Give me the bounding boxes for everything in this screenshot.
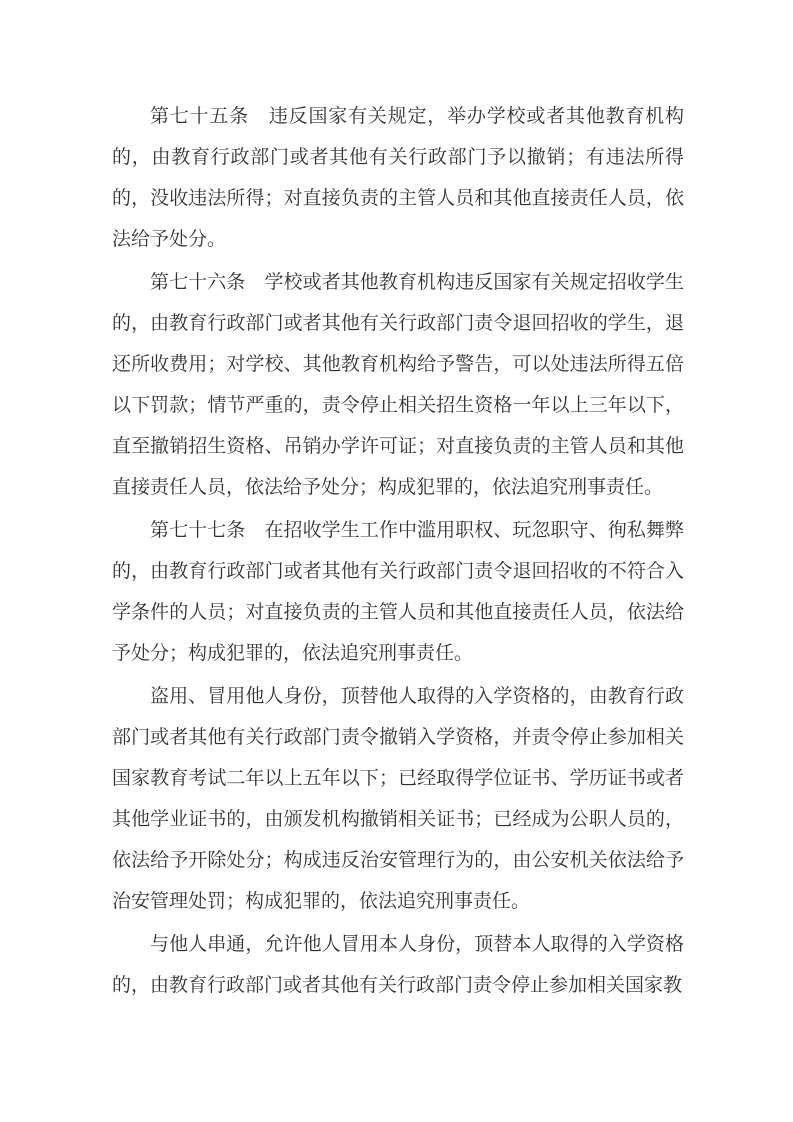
paragraph-article-77-clause-2: 盗用、冒用他人身份，顶替他人取得的入学资格的，由教育行政部门或者其他有关行政部门… bbox=[112, 676, 684, 922]
paragraph-article-77-clause-3-truncated: 与他人串通，允许他人冒用本人身份，顶替本人取得的入学资格的，由教育行政部门或者其… bbox=[112, 924, 684, 1006]
paragraph-article-75: 第七十五条 违反国家有关规定，举办学校或者其他教育机构的，由教育行政部门或者其他… bbox=[112, 96, 684, 260]
document-text-block: 第七十五条 违反国家有关规定，举办学校或者其他教育机构的，由教育行政部门或者其他… bbox=[112, 96, 684, 1006]
document-page: 第七十五条 违反国家有关规定，举办学校或者其他教育机构的，由教育行政部门或者其他… bbox=[0, 0, 793, 1122]
paragraph-article-77: 第七十七条 在招收学生工作中滥用职权、玩忽职守、徇私舞弊的，由教育行政部门或者其… bbox=[112, 510, 684, 674]
paragraph-article-76: 第七十六条 学校或者其他教育机构违反国家有关规定招收学生的，由教育行政部门或者其… bbox=[112, 262, 684, 508]
